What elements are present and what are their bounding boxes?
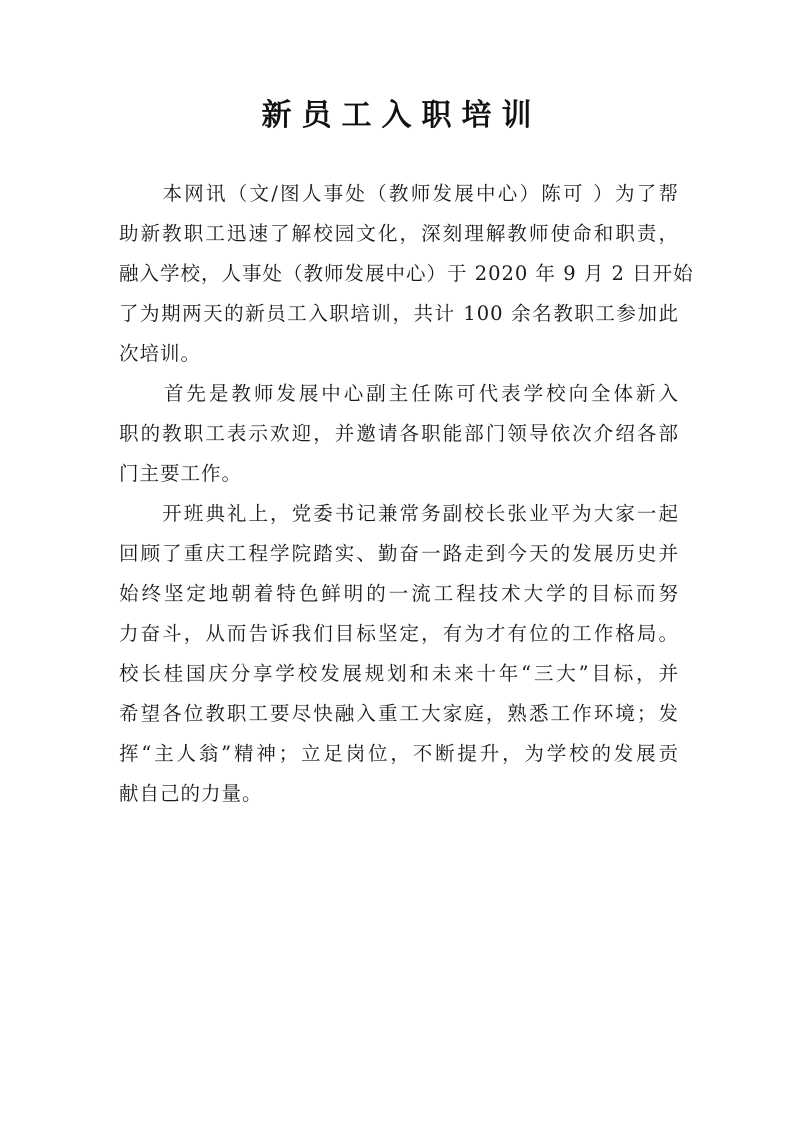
text-line: 挥“主人翁”精神；立足岗位，不断提升，为学校的发展贡: [119, 734, 679, 774]
text-line: 了为期两天的新员工入职培训，共计 100 余名教职工参加此: [119, 294, 679, 334]
text-line: 校长桂国庆分享学校发展规划和未来十年“三大”目标，并: [119, 654, 679, 694]
text-line: 次培训。: [119, 334, 679, 374]
text-line: 献自己的力量。: [119, 774, 679, 814]
document-page: 新员工入职培训 本网讯（文/图人事处（教师发展中心）陈可 ）为了帮 助新教职工迅…: [0, 0, 793, 1122]
text-line: 职的教职工表示欢迎，并邀请各职能部门领导依次介绍各部: [119, 414, 679, 454]
text-line: 助新教职工迅速了解校园文化，深刻理解教师使命和职责，: [119, 214, 679, 254]
document-title: 新员工入职培训: [0, 96, 793, 136]
text-line: 门主要工作。: [119, 454, 679, 494]
paragraph-2: 首先是教师发展中心副主任陈可代表学校向全体新入 职的教职工表示欢迎，并邀请各职能…: [119, 374, 679, 494]
text-line: 力奋斗，从而告诉我们目标坚定，有为才有位的工作格局。: [119, 614, 679, 654]
text-line: 希望各位教职工要尽快融入重工大家庭，熟悉工作环境；发: [119, 694, 679, 734]
text-line: 本网讯（文/图人事处（教师发展中心）陈可 ）为了帮: [119, 174, 679, 214]
paragraph-3: 开班典礼上，党委书记兼常务副校长张业平为大家一起 回顾了重庆工程学院踏实、勤奋一…: [119, 494, 679, 814]
paragraph-1: 本网讯（文/图人事处（教师发展中心）陈可 ）为了帮 助新教职工迅速了解校园文化，…: [119, 174, 679, 374]
document-body: 本网讯（文/图人事处（教师发展中心）陈可 ）为了帮 助新教职工迅速了解校园文化，…: [119, 174, 679, 814]
text-line: 回顾了重庆工程学院踏实、勤奋一路走到今天的发展历史并: [119, 534, 679, 574]
text-line: 首先是教师发展中心副主任陈可代表学校向全体新入: [119, 374, 679, 414]
text-line: 开班典礼上，党委书记兼常务副校长张业平为大家一起: [119, 494, 679, 534]
text-line: 融入学校，人事处（教师发展中心）于 2020 年 9 月 2 日开始: [119, 254, 679, 294]
text-line: 始终坚定地朝着特色鲜明的一流工程技术大学的目标而努: [119, 574, 679, 614]
